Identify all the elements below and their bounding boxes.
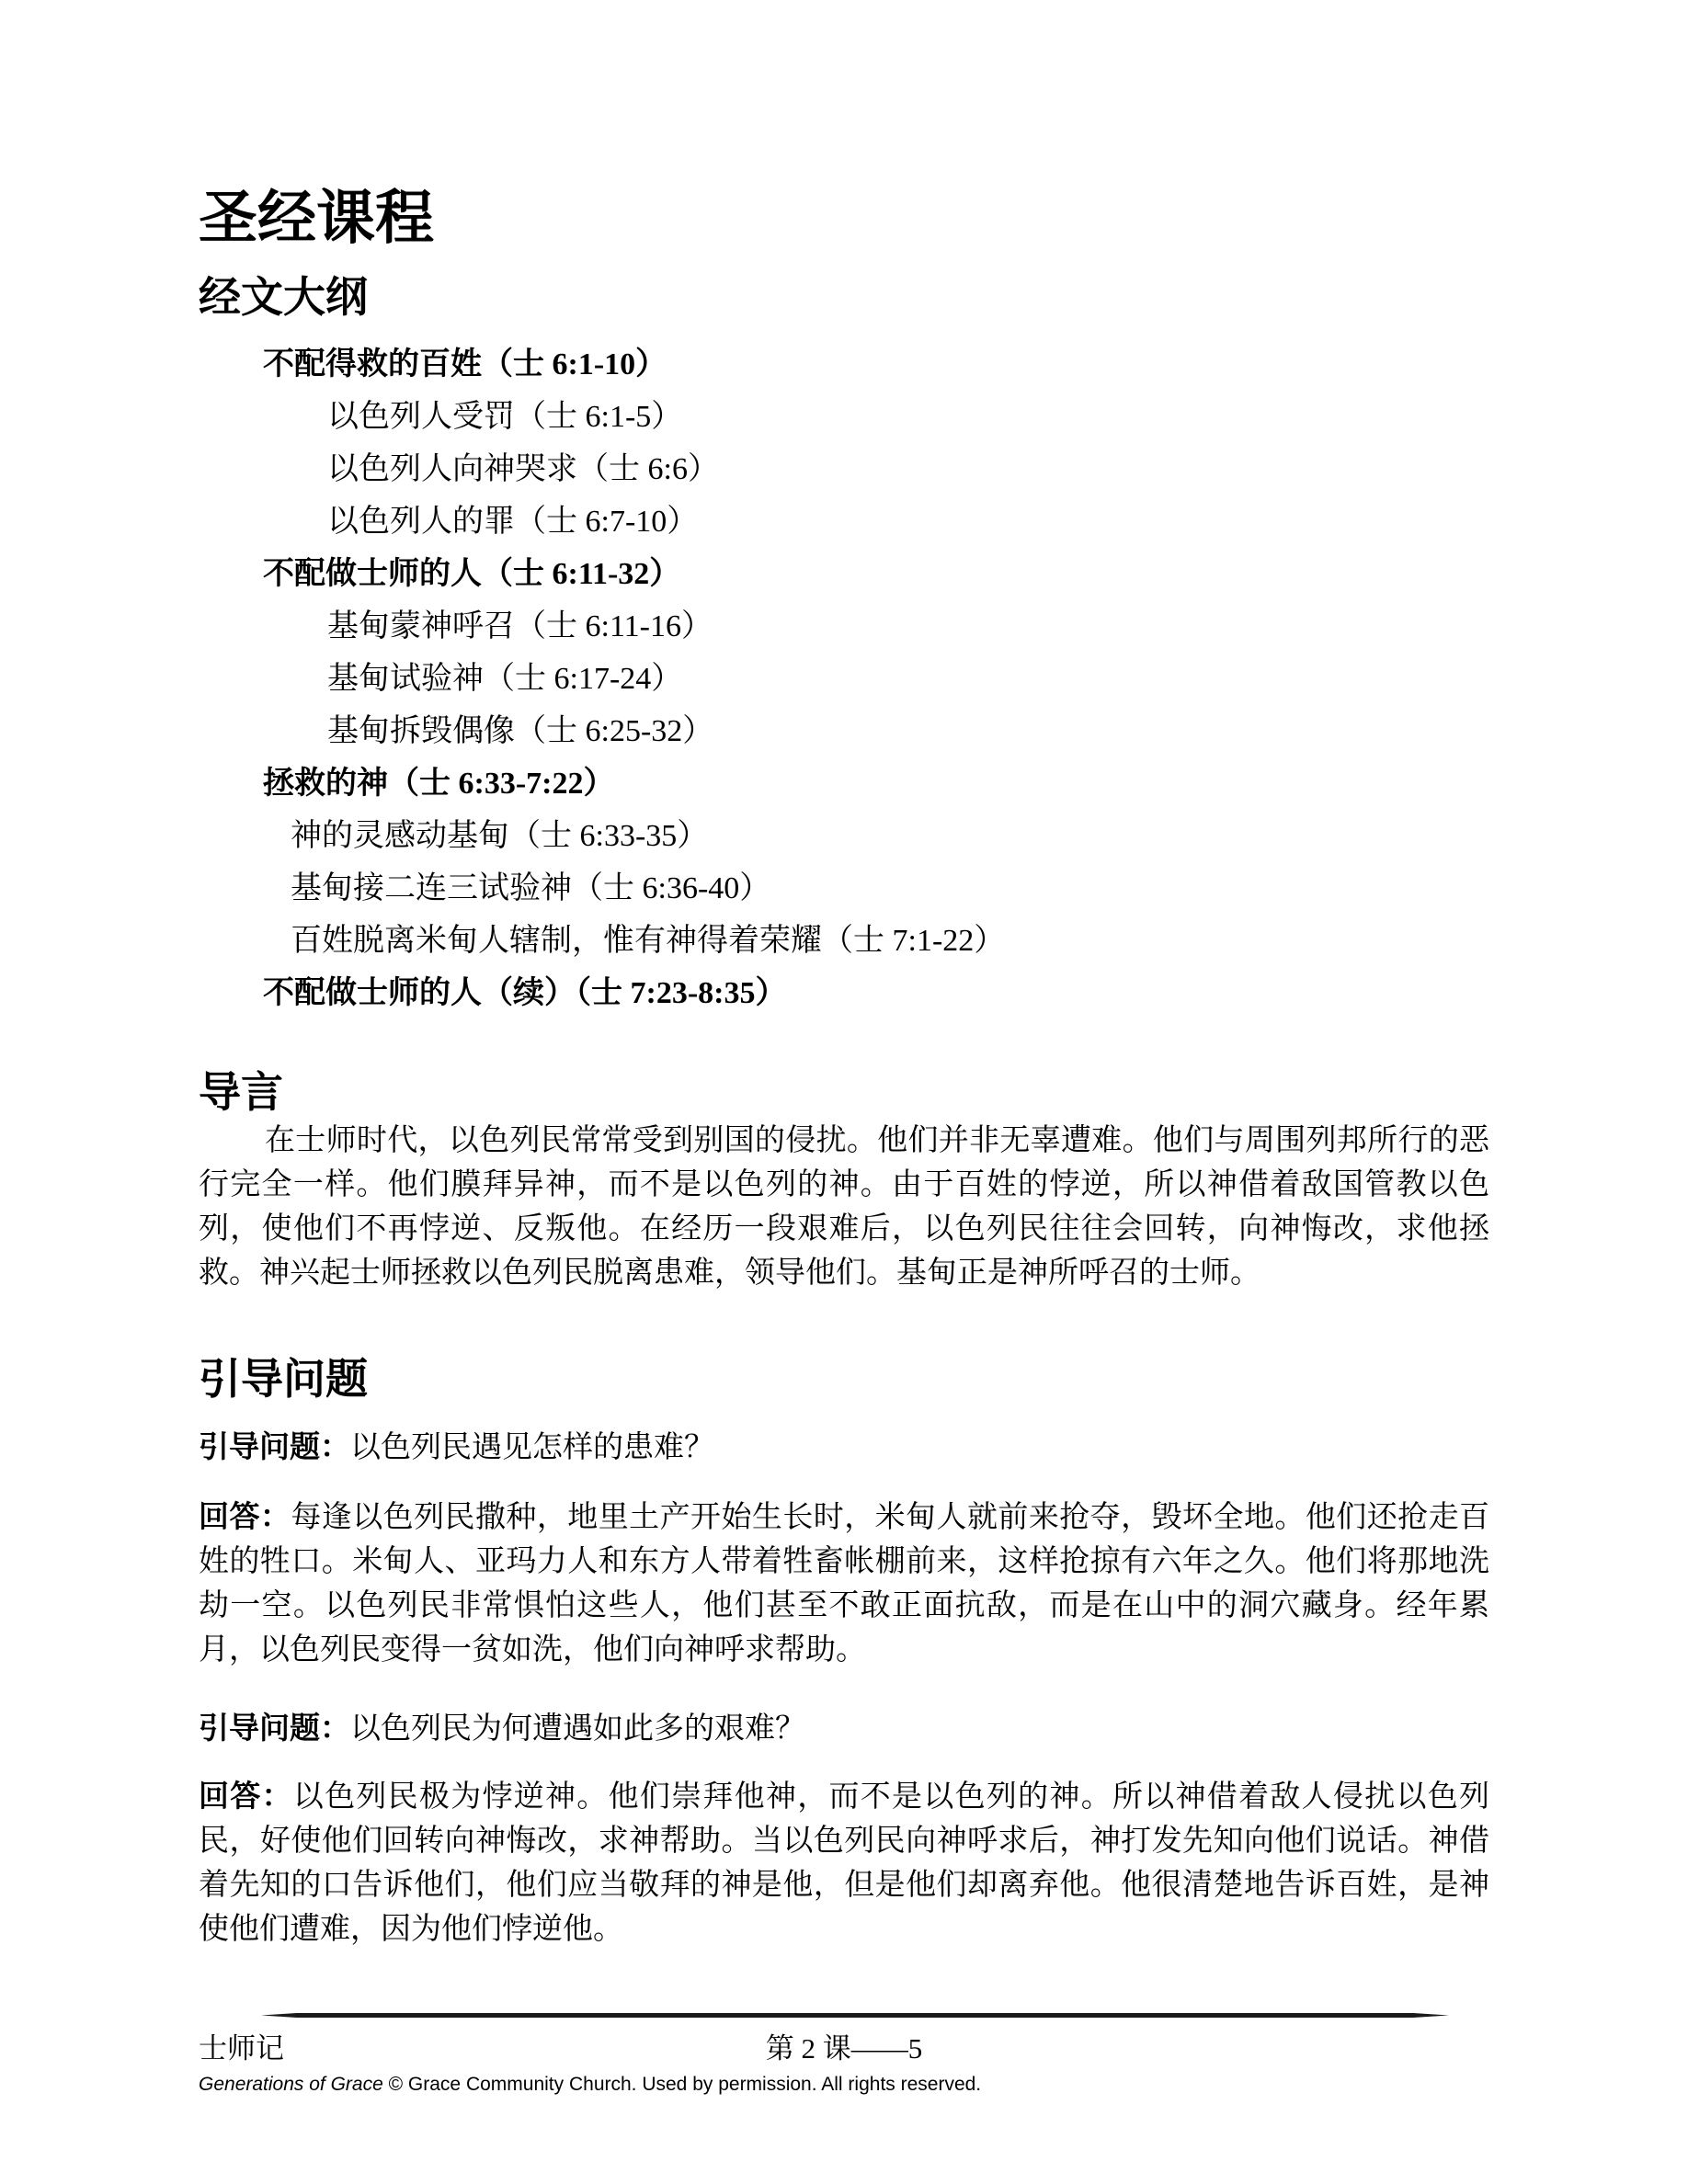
footer-divider: [261, 2013, 1449, 2018]
question-1-label: 引导问题：: [199, 1431, 350, 1464]
outline-heading: 经文大纲: [199, 272, 1489, 324]
footer-book-title: 士师记: [199, 2030, 284, 2067]
scripture-outline: 不配得救的百姓（士 6:1-10） 以色列人受罚（士 6:1-5） 以色列人向神…: [199, 338, 1489, 1019]
outline-item: 不配得救的百姓（士 6:1-10）: [199, 338, 1489, 391]
answer-2-text: 以色列民极为悖逆神。他们崇拜他神，而不是以色列的神。所以神借着敌人侵扰以色列民，…: [199, 1780, 1489, 1946]
outline-item: 神的灵感动基甸（士 6:33-35）: [199, 810, 1489, 862]
question-1-text: 以色列民遇见怎样的患难？: [350, 1431, 714, 1464]
outline-item: 以色列人的罪（士 6:7-10）: [199, 495, 1489, 548]
answer-1-text: 每逢以色列民撒种，地里土产开始生长时，米甸人就前来抢夺，毁坏全地。他们还抢走百姓…: [199, 1501, 1489, 1666]
outline-item: 以色列人受罚（士 6:1-5）: [199, 391, 1489, 443]
question-2-label: 引导问题：: [199, 1712, 350, 1746]
guiding-questions-heading: 引导问题: [199, 1354, 1489, 1405]
document-page: 圣经课程 经文大纲 不配得救的百姓（士 6:1-10） 以色列人受罚（士 6:1…: [0, 0, 1688, 2184]
introduction-heading: 导言: [199, 1067, 1489, 1119]
page-title: 圣经课程: [199, 180, 1489, 257]
copyright-line: Generations of Grace © Grace Community C…: [199, 2073, 1489, 2097]
footer-row: 士师记 第 2 课——5: [199, 2030, 1489, 2067]
outline-item: 基甸试验神（士 6:17-24）: [199, 653, 1489, 705]
question-2: 引导问题：以色列民为何遭遇如此多的艰难？: [199, 1709, 1489, 1749]
outline-item: 基甸拆毁偶像（士 6:25-32）: [199, 705, 1489, 757]
outline-item: 不配做士师的人（士 6:11-32）: [199, 548, 1489, 600]
outline-item: 基甸接二连三试验神（士 6:36-40）: [199, 862, 1489, 915]
question-1: 引导问题：以色列民遇见怎样的患难？: [199, 1428, 1489, 1468]
answer-2: 回答：以色列民极为悖逆神。他们崇拜他神，而不是以色列的神。所以神借着敌人侵扰以色…: [199, 1775, 1489, 1951]
answer-2-label: 回答：: [199, 1780, 293, 1814]
introduction-paragraph: 在士师时代，以色列民常常受到别国的侵扰。他们并非无辜遭难。他们与周围列邦所行的恶…: [199, 1119, 1489, 1295]
outline-item: 拯救的神（士 6:33-7:22）: [199, 757, 1489, 810]
outline-item: 以色列人向神哭求（士 6:6）: [199, 443, 1489, 495]
copyright-text: © Grace Community Church. Used by permis…: [383, 2074, 981, 2095]
answer-1-label: 回答：: [199, 1501, 291, 1534]
page-footer: 士师记 第 2 课——5 Generations of Grace © Grac…: [199, 2013, 1489, 2097]
outline-item: 百姓脱离米甸人辖制，惟有神得着荣耀（士 7:1-22）: [199, 915, 1489, 967]
outline-item: 不配做士师的人（续）（士 7:23-8:35）: [199, 967, 1489, 1019]
copyright-series-name: Generations of Grace: [199, 2074, 383, 2095]
outline-item: 基甸蒙神呼召（士 6:11-16）: [199, 600, 1489, 653]
footer-page-number: 第 2 课——5: [199, 2030, 1489, 2067]
answer-1: 回答：每逢以色列民撒种，地里土产开始生长时，米甸人就前来抢夺，毁坏全地。他们还抢…: [199, 1496, 1489, 1672]
question-2-text: 以色列民为何遭遇如此多的艰难？: [350, 1712, 805, 1746]
